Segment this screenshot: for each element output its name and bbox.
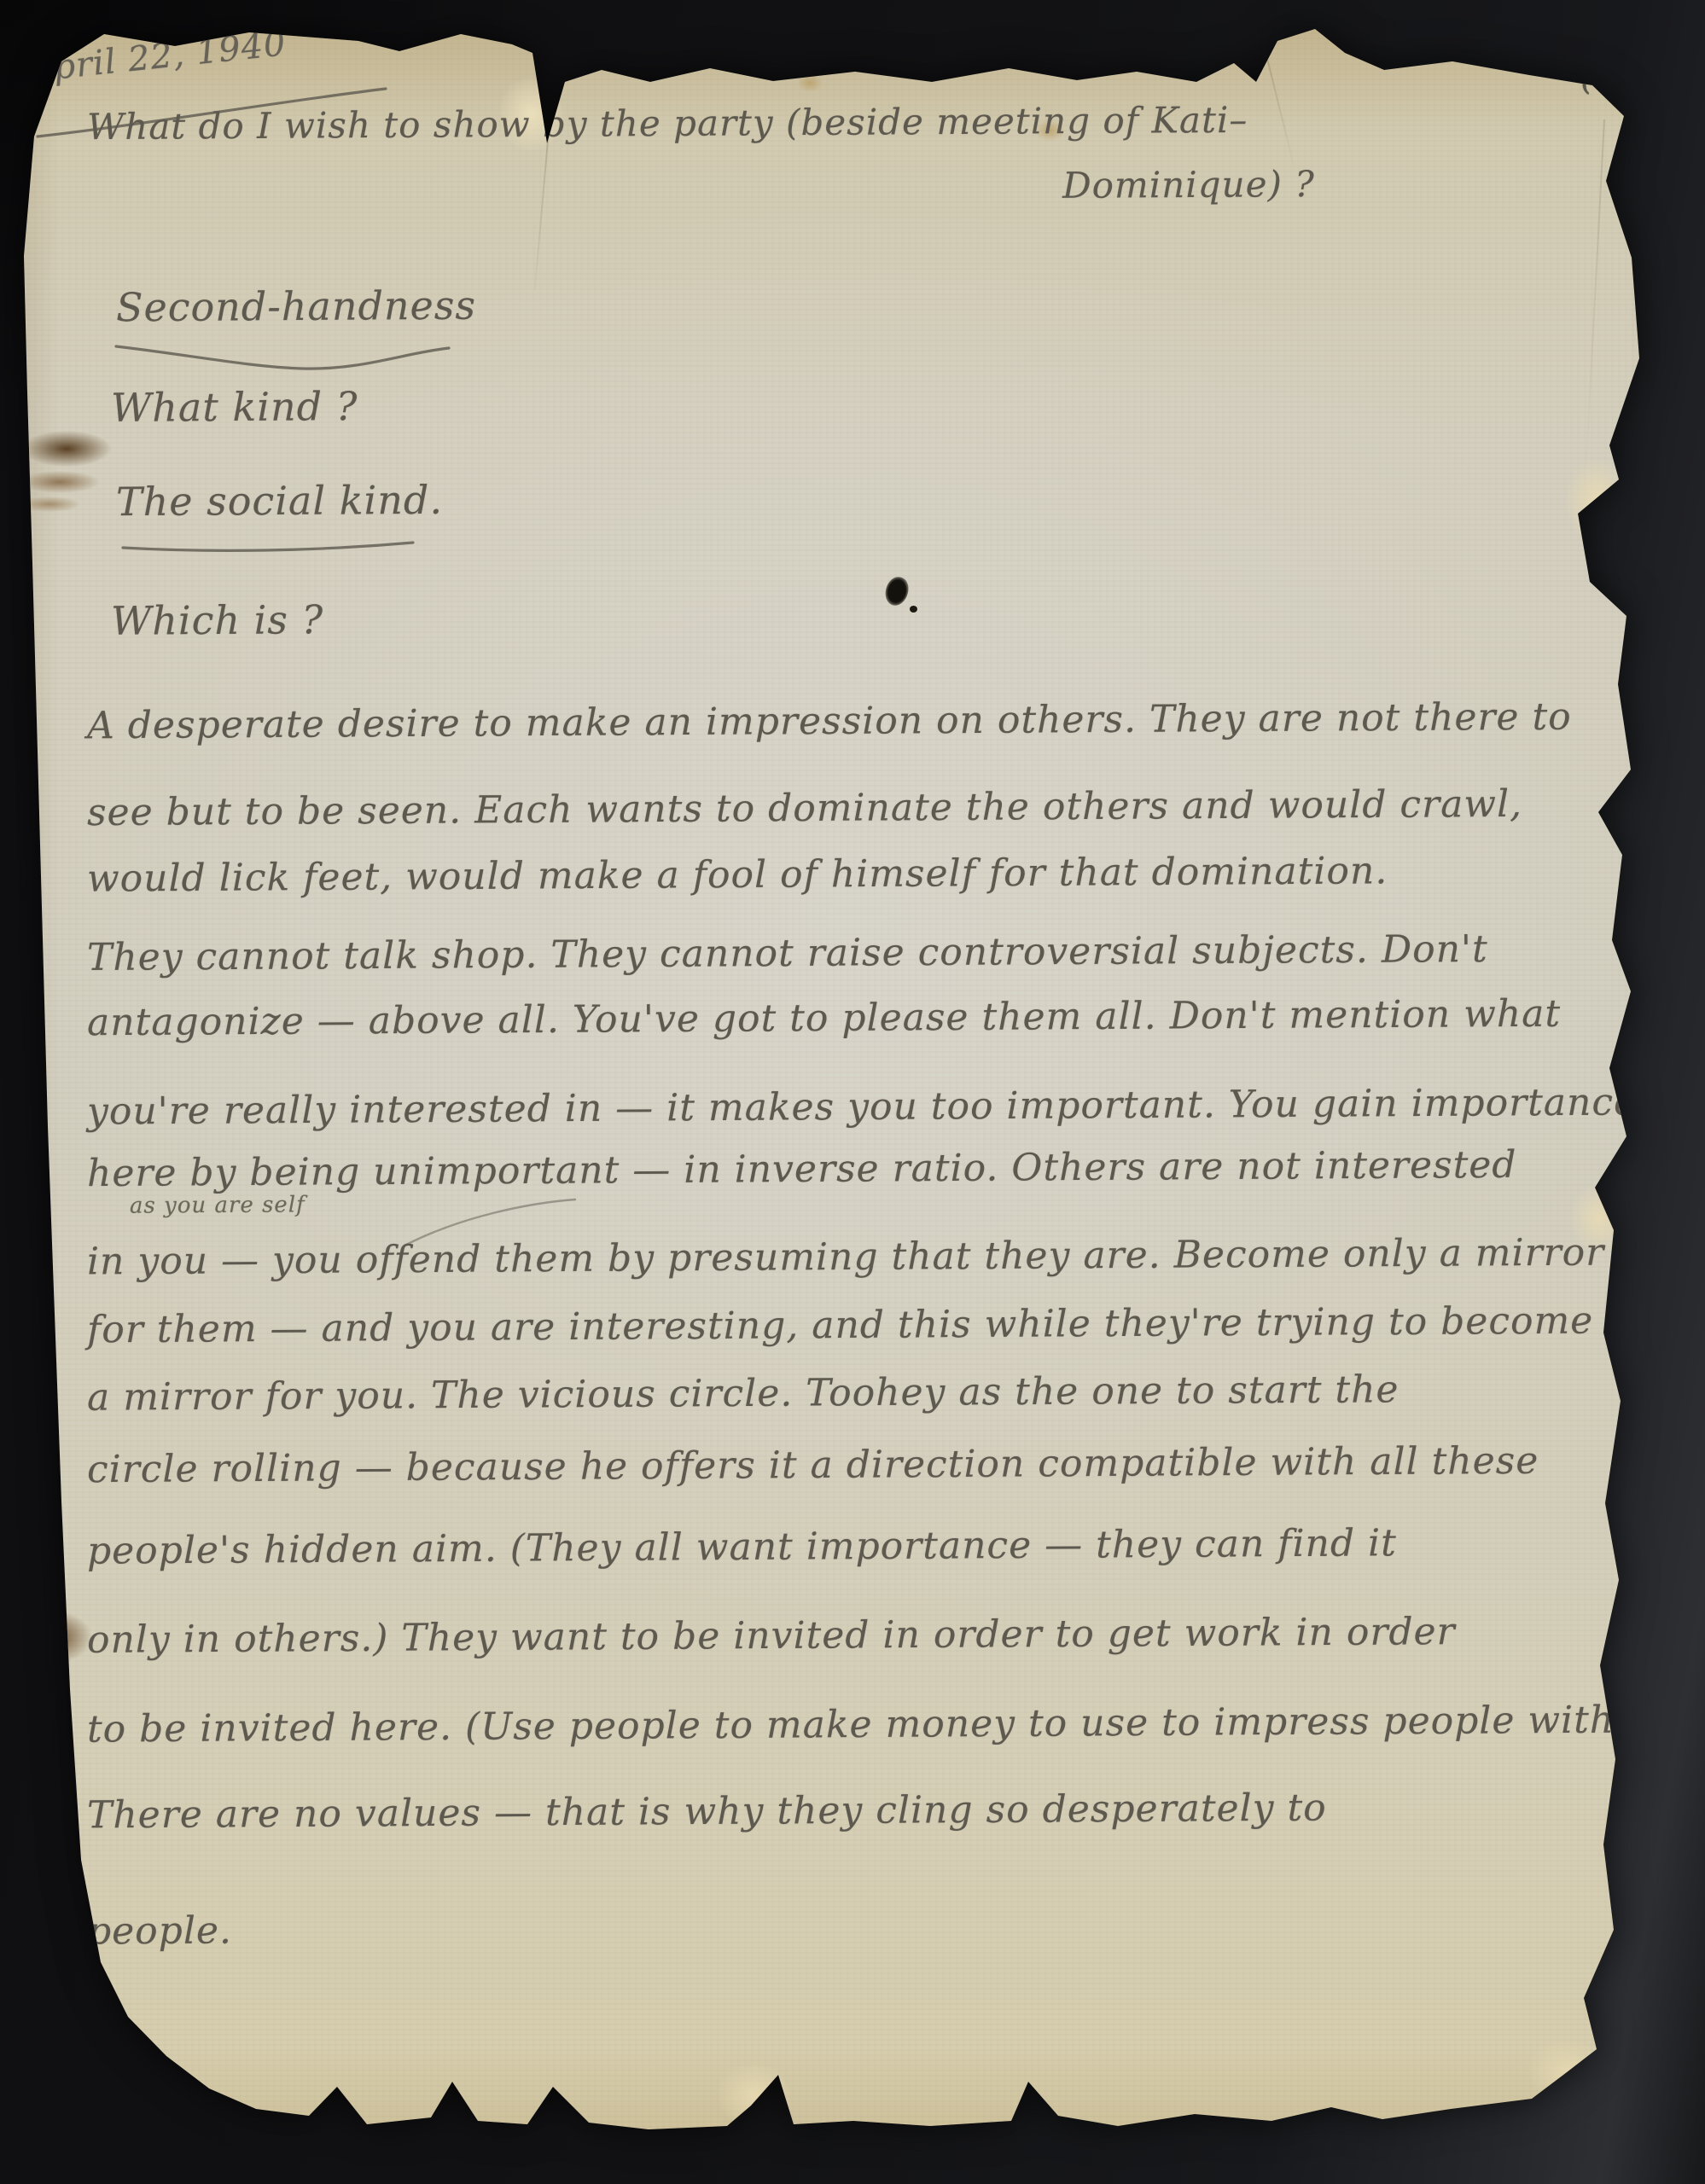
interlinear-insertion: as you are self [130, 1192, 306, 1218]
torn-fiber-patch [1529, 2041, 1608, 2102]
paper-shadow-wrapper: April 22, 1940 (1) What do I wish to sho… [0, 0, 1705, 2184]
question-what-kind: What kind ? [111, 383, 358, 431]
body-line: here by being unimportant — in inverse r… [87, 1143, 1517, 1195]
edge-stain [20, 471, 99, 493]
body-line: people's hidden aim. (They all want impo… [87, 1521, 1397, 1572]
edge-stain [20, 1611, 92, 1664]
ink-blot-dot [910, 606, 917, 613]
question-which-is: Which is ? [111, 596, 324, 644]
paper-spot [797, 73, 823, 92]
body-line: They cannot talk shop. They cannot raise… [87, 927, 1488, 979]
body-line: A desperate desire to make an impression… [87, 695, 1572, 748]
body-line: in you — you offend them by presuming th… [87, 1231, 1605, 1284]
torn-fiber-patch [1567, 461, 1628, 543]
body-line: people. [87, 1908, 232, 1953]
torn-fiber-patch [719, 2065, 790, 2126]
opening-question-line2: Dominique) ? [1062, 163, 1315, 206]
body-line: would lick feet, would make a fool of hi… [87, 849, 1388, 900]
scanned-manuscript-page: April 22, 1940 (1) What do I wish to sho… [0, 0, 1705, 2184]
body-line: see but to be seen. Each wants to domina… [87, 782, 1522, 834]
body-line: a mirror for you. The vicious circle. To… [87, 1368, 1399, 1419]
body-line: antagonize — above all. You've got to pl… [87, 992, 1561, 1045]
edge-stain [17, 1665, 70, 1698]
body-line: circle rolling — because he offers it a … [87, 1439, 1539, 1491]
body-line: for them — and you are interesting, and … [87, 1299, 1594, 1352]
body-line: only in others.) They want to be invited… [87, 1610, 1456, 1662]
section-title: Second-handness [116, 282, 476, 331]
edge-stain [19, 497, 80, 512]
answer-social-kind: The social kind. [116, 477, 443, 525]
edge-stain [22, 431, 111, 467]
page-number: (1) [1580, 51, 1640, 100]
body-line: There are no values — that is why they c… [87, 1786, 1327, 1838]
manuscript-paper: April 22, 1940 (1) What do I wish to sho… [0, 0, 1705, 2184]
opening-question-line1: What do I wish to show by the party (bes… [87, 99, 1248, 148]
